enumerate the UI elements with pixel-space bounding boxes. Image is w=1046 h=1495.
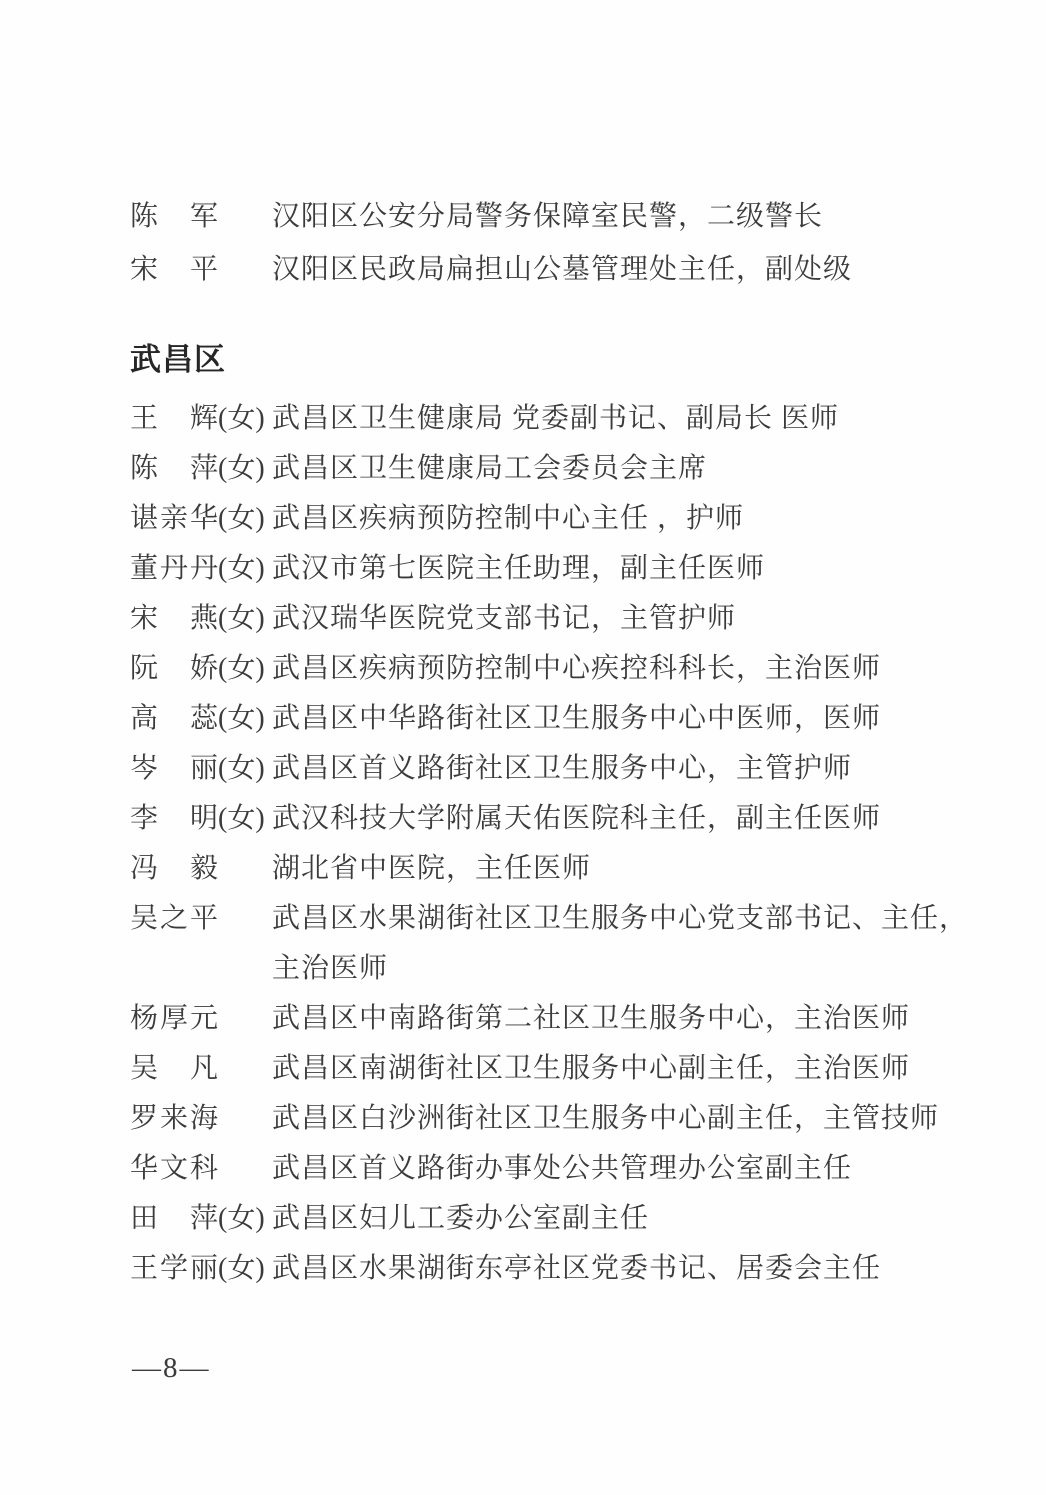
person-name: 高蕊 bbox=[130, 694, 218, 744]
person-name: 田萍 bbox=[130, 1194, 218, 1244]
person-name: 董丹丹 bbox=[130, 544, 218, 594]
position-text: 武汉市第七医院主任助理，副主任医师 bbox=[272, 544, 936, 594]
position-text: 武昌区妇儿工委办公室副主任 bbox=[272, 1194, 936, 1244]
list-item: 杨厚元 武昌区中南路街第二社区卫生服务中心，主治医师 bbox=[130, 994, 936, 1044]
list-item: 吴凡 武昌区南湖街社区卫生服务中心副主任，主治医师 bbox=[130, 1044, 936, 1094]
position-text: 武汉瑞华医院党支部书记，主管护师 bbox=[272, 594, 936, 644]
person-name: 华文科 bbox=[130, 1144, 218, 1194]
person-name: 王辉 bbox=[130, 394, 218, 444]
position-text: 武昌区水果湖街东亭社区党委书记、居委会主任 bbox=[272, 1244, 936, 1294]
list-item: 高蕊 (女) 武昌区中华路街社区卫生服务中心中医师，医师 bbox=[130, 694, 936, 744]
position-text: 武昌区卫生健康局工会委员会主席 bbox=[272, 444, 936, 494]
person-name: 王学丽 bbox=[130, 1244, 218, 1294]
gender-marker: (女) bbox=[218, 744, 272, 794]
position-text: 汉阳区民政局扁担山公墓管理处主任，副处级 bbox=[272, 243, 936, 296]
position-text: 武昌区南湖街社区卫生服务中心副主任，主治医师 bbox=[272, 1044, 936, 1094]
person-name: 谌亲华 bbox=[130, 494, 218, 544]
list-item: 宋燕 (女) 武汉瑞华医院党支部书记，主管护师 bbox=[130, 594, 936, 644]
list-item: 华文科 武昌区首义路街办事处公共管理办公室副主任 bbox=[130, 1144, 936, 1194]
gender-marker: (女) bbox=[218, 694, 272, 744]
list-item: 冯毅 湖北省中医院，主任医师 bbox=[130, 844, 936, 894]
section-entries: 王辉 (女) 武昌区卫生健康局 党委副书记、副局长 医师 陈萍 (女) 武昌区卫… bbox=[130, 394, 936, 1294]
position-text: 湖北省中医院，主任医师 bbox=[272, 844, 936, 894]
person-name: 吴凡 bbox=[130, 1044, 218, 1094]
list-item: 陈军 汉阳区公安分局警务保障室民警，二级警长 bbox=[130, 190, 936, 243]
person-name: 罗来海 bbox=[130, 1094, 218, 1144]
list-item: 吴之平 武昌区水果湖街社区卫生服务中心党支部书记、主任，主治医师 bbox=[130, 894, 936, 994]
gender-marker: (女) bbox=[218, 594, 272, 644]
list-item: 王学丽 (女) 武昌区水果湖街东亭社区党委书记、居委会主任 bbox=[130, 1244, 936, 1294]
gender-marker: (女) bbox=[218, 644, 272, 694]
position-text: 武昌区中南路街第二社区卫生服务中心，主治医师 bbox=[272, 994, 936, 1044]
gender-marker: (女) bbox=[218, 494, 272, 544]
position-text: 武昌区白沙洲街社区卫生服务中心副主任，主管技师 bbox=[272, 1094, 939, 1144]
person-name: 宋燕 bbox=[130, 594, 218, 644]
person-name: 阮娇 bbox=[130, 644, 218, 694]
gender-marker: (女) bbox=[218, 544, 272, 594]
person-name: 岑丽 bbox=[130, 744, 218, 794]
page-number: —8— bbox=[132, 1352, 211, 1385]
gender-marker: (女) bbox=[218, 794, 272, 844]
section-heading: 武昌区 bbox=[130, 334, 936, 386]
gender-marker: (女) bbox=[218, 444, 272, 494]
roster-section: 武昌区 王辉 (女) 武昌区卫生健康局 党委副书记、副局长 医师 陈萍 (女) … bbox=[130, 334, 936, 1294]
list-item: 李明 (女) 武汉科技大学附属天佑医院科主任，副主任医师 bbox=[130, 794, 936, 844]
position-text: 汉阳区公安分局警务保障室民警，二级警长 bbox=[272, 190, 936, 243]
list-item: 谌亲华 (女) 武昌区疾病预防控制中心主任 ，护师 bbox=[130, 494, 936, 544]
position-text: 武汉科技大学附属天佑医院科主任，副主任医师 bbox=[272, 794, 936, 844]
gender-marker: (女) bbox=[218, 1194, 272, 1244]
person-name: 宋平 bbox=[130, 243, 218, 296]
person-name: 李明 bbox=[130, 794, 218, 844]
list-item: 王辉 (女) 武昌区卫生健康局 党委副书记、副局长 医师 bbox=[130, 394, 936, 444]
list-item: 董丹丹 (女) 武汉市第七医院主任助理，副主任医师 bbox=[130, 544, 936, 594]
position-text: 武昌区疾病预防控制中心主任 ，护师 bbox=[272, 494, 936, 544]
list-item: 岑丽 (女) 武昌区首义路街社区卫生服务中心，主管护师 bbox=[130, 744, 936, 794]
gender-marker: (女) bbox=[218, 394, 272, 444]
position-text: 武昌区首义路街办事处公共管理办公室副主任 bbox=[272, 1144, 936, 1194]
list-item: 阮娇 (女) 武昌区疾病预防控制中心疾控科科长，主治医师 bbox=[130, 644, 936, 694]
person-name: 陈军 bbox=[130, 190, 218, 243]
roster-list: 陈军 汉阳区公安分局警务保障室民警，二级警长 宋平 汉阳区民政局扁担山公墓管理处… bbox=[130, 190, 936, 1294]
gender-marker: (女) bbox=[218, 1244, 272, 1294]
list-item: 陈萍 (女) 武昌区卫生健康局工会委员会主席 bbox=[130, 444, 936, 494]
person-name: 陈萍 bbox=[130, 444, 218, 494]
person-name: 吴之平 bbox=[130, 894, 218, 944]
list-item: 田萍 (女) 武昌区妇儿工委办公室副主任 bbox=[130, 1194, 936, 1244]
section-entries: 陈军 汉阳区公安分局警务保障室民警，二级警长 宋平 汉阳区民政局扁担山公墓管理处… bbox=[130, 190, 936, 296]
list-item: 宋平 汉阳区民政局扁担山公墓管理处主任，副处级 bbox=[130, 243, 936, 296]
document-page: 陈军 汉阳区公安分局警务保障室民警，二级警长 宋平 汉阳区民政局扁担山公墓管理处… bbox=[0, 0, 1046, 1495]
roster-section: 陈军 汉阳区公安分局警务保障室民警，二级警长 宋平 汉阳区民政局扁担山公墓管理处… bbox=[130, 190, 936, 296]
position-text: 武昌区卫生健康局 党委副书记、副局长 医师 bbox=[272, 394, 936, 444]
position-text: 武昌区首义路街社区卫生服务中心，主管护师 bbox=[272, 744, 936, 794]
person-name: 冯毅 bbox=[130, 844, 218, 894]
position-text: 武昌区疾病预防控制中心疾控科科长，主治医师 bbox=[272, 644, 936, 694]
position-text: 武昌区水果湖街社区卫生服务中心党支部书记、主任，主治医师 bbox=[272, 894, 968, 994]
position-text: 武昌区中华路街社区卫生服务中心中医师，医师 bbox=[272, 694, 936, 744]
list-item: 罗来海 武昌区白沙洲街社区卫生服务中心副主任，主管技师 bbox=[130, 1094, 936, 1144]
person-name: 杨厚元 bbox=[130, 994, 218, 1044]
